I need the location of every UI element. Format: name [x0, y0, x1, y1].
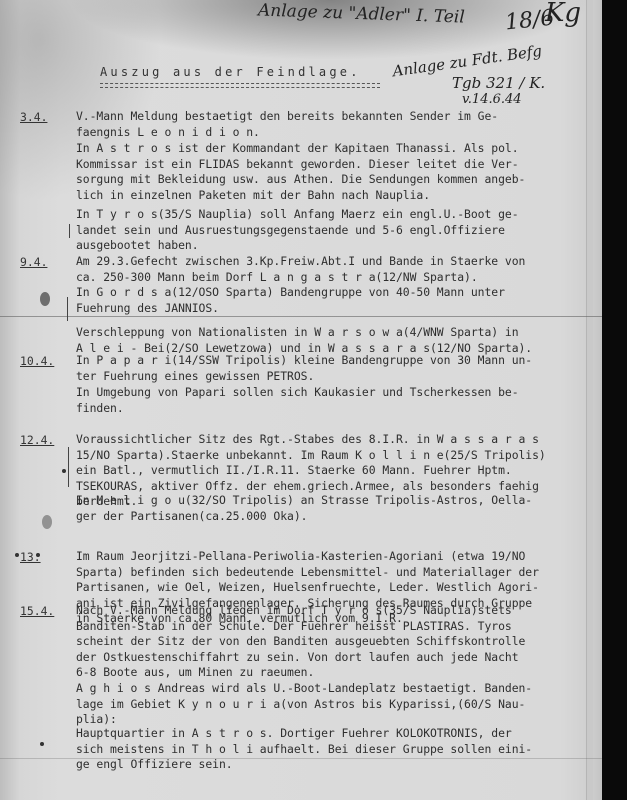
- entry-date: 15.4.: [20, 604, 54, 618]
- punch-hole-mark: [42, 515, 52, 529]
- punch-hole-mark: [40, 292, 50, 306]
- margin-mark: [67, 297, 68, 321]
- document-title: Auszug aus der Feindlage.: [100, 65, 361, 79]
- title-underline: [100, 83, 380, 88]
- entry-date: 9.4.: [20, 255, 47, 269]
- entry-paragraph: Hauptquartier in A s t r o s. Dortiger F…: [76, 726, 532, 773]
- margin-mark: [69, 224, 70, 238]
- entry-paragraph: Am 29.3.Gefecht zwischen 3.Kp.Freiw.Abt.…: [76, 254, 525, 285]
- entry-date: 12.4.: [20, 433, 54, 447]
- entry-paragraph: V.-Mann Meldung bestaetigt den bereits b…: [76, 109, 498, 140]
- entry-paragraph: In M e l i g o u(32/SO Tripolis) an Stra…: [76, 493, 532, 524]
- ink-mark: [62, 469, 66, 473]
- entry-paragraph: In A s t r o s ist der Kommandant der Ka…: [76, 141, 525, 203]
- entry-paragraph: Verschleppung von Nationalisten in W a r…: [76, 325, 532, 356]
- entry-date: 13.: [20, 550, 41, 564]
- handwritten-note-line2: Tgb 321 / K.: [452, 74, 545, 92]
- margin-mark: [68, 447, 69, 487]
- entry-date: 3.4.: [20, 110, 47, 124]
- handwritten-note-line3: v.14.6.44: [462, 92, 522, 107]
- ink-mark: [40, 742, 44, 746]
- handwritten-top-note: Anlage zu "Adler" I. Teil: [258, 0, 465, 27]
- entry-paragraph: A g h i o s Andreas wird als U.-Boot-Lan…: [76, 681, 532, 728]
- ink-mark: [15, 553, 19, 557]
- entry-paragraph: In P a p a r i(14/SSW Tripolis) kleine B…: [76, 353, 532, 384]
- scanned-document-page: Anlage zu "Adler" I. Teil 18/6 Kg Anlage…: [0, 0, 602, 800]
- entry-paragraph: In G o r d s a(12/OSO Sparta) Bandengrup…: [76, 285, 505, 316]
- page-edge-strip: [586, 0, 593, 800]
- entry-paragraph: In Umgebung von Papari sollen sich Kauka…: [76, 385, 519, 416]
- entry-date: 10.4.: [20, 354, 54, 368]
- entry-paragraph: Nach V.-Mann Meldung liegen im Dorf T y …: [76, 603, 525, 681]
- entry-paragraph: In T y r o s(35/S Nauplia) soll Anfang M…: [76, 207, 519, 254]
- handwritten-initials: Kg: [545, 0, 581, 28]
